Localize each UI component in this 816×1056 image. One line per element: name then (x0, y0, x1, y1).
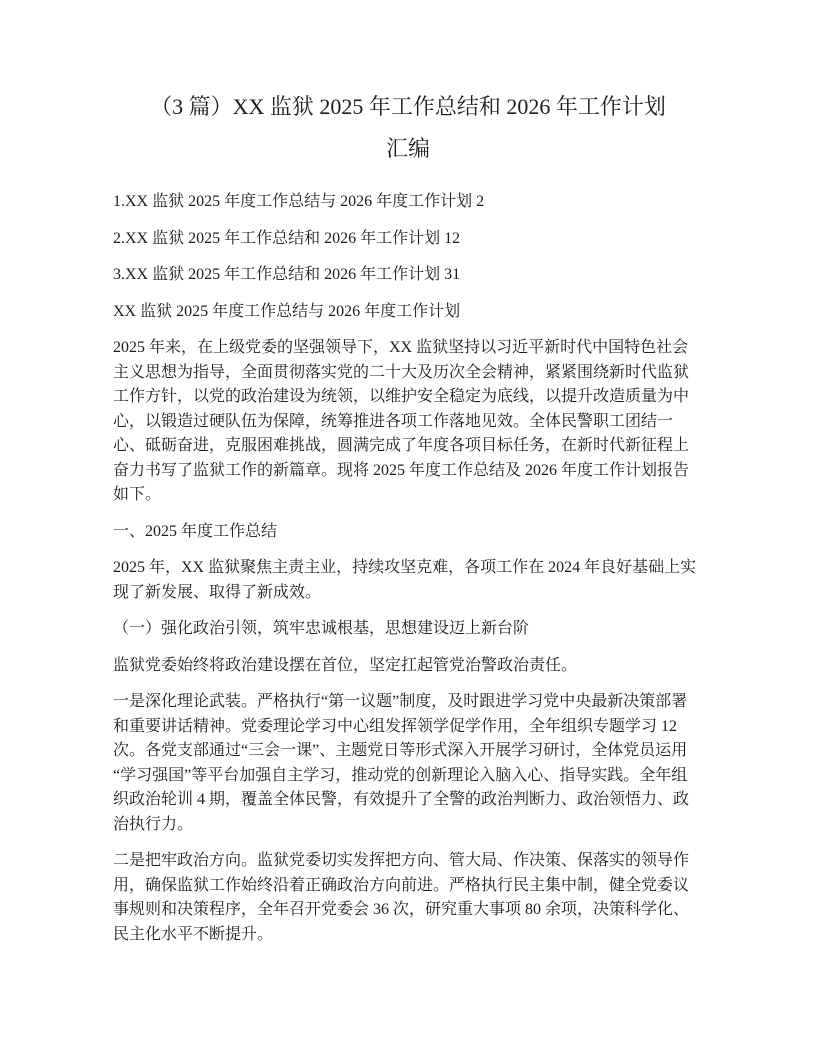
document-page: （3 篇）XX 监狱 2025 年工作总结和 2026 年工作计划 汇编 1.X… (0, 0, 816, 1056)
article-subtitle: XX 监狱 2025 年度工作总结与 2026 年度工作计划 (113, 300, 703, 325)
toc-item-2: 2.XX 监狱 2025 年工作总结和 2026 年工作计划 12 (113, 227, 703, 252)
political-construction-paragraph: 监狱党委始终将政治建设摆在首位，坚定扛起管党治警政治责任。 (113, 654, 703, 679)
subsection-heading-political-leadership: （一）强化政治引领，筑牢忠诚根基，思想建设迈上新台阶 (113, 617, 703, 642)
document-title: （3 篇）XX 监狱 2025 年工作总结和 2026 年工作计划 汇编 (113, 86, 703, 170)
theory-armament-paragraph: 一是深化理论武装。严格执行“第一议题”制度，及时跟进学习党中央最新决策部署和重要… (113, 690, 703, 837)
toc-item-1: 1.XX 监狱 2025 年度工作总结与 2026 年度工作计划 2 (113, 190, 703, 215)
intro-paragraph: 2025 年来，在上级党委的坚强领导下，XX 监狱坚持以习近平新时代中国特色社会… (113, 336, 703, 508)
section-heading-year-summary: 一、2025 年度工作总结 (113, 520, 703, 545)
summary-overview-paragraph: 2025 年，XX 监狱聚焦主责主业，持续攻坚克难，各项工作在 2024 年良好… (113, 556, 703, 605)
toc-item-3: 3.XX 监狱 2025 年工作总结和 2026 年工作计划 31 (113, 263, 703, 288)
political-direction-paragraph: 二是把牢政治方向。监狱党委切实发挥把方向、管大局、作决策、保落实的领导作用，确保… (113, 849, 703, 947)
document-title-line1: （3 篇）XX 监狱 2025 年工作总结和 2026 年工作计划 (113, 86, 703, 128)
document-title-line2: 汇编 (113, 128, 703, 170)
